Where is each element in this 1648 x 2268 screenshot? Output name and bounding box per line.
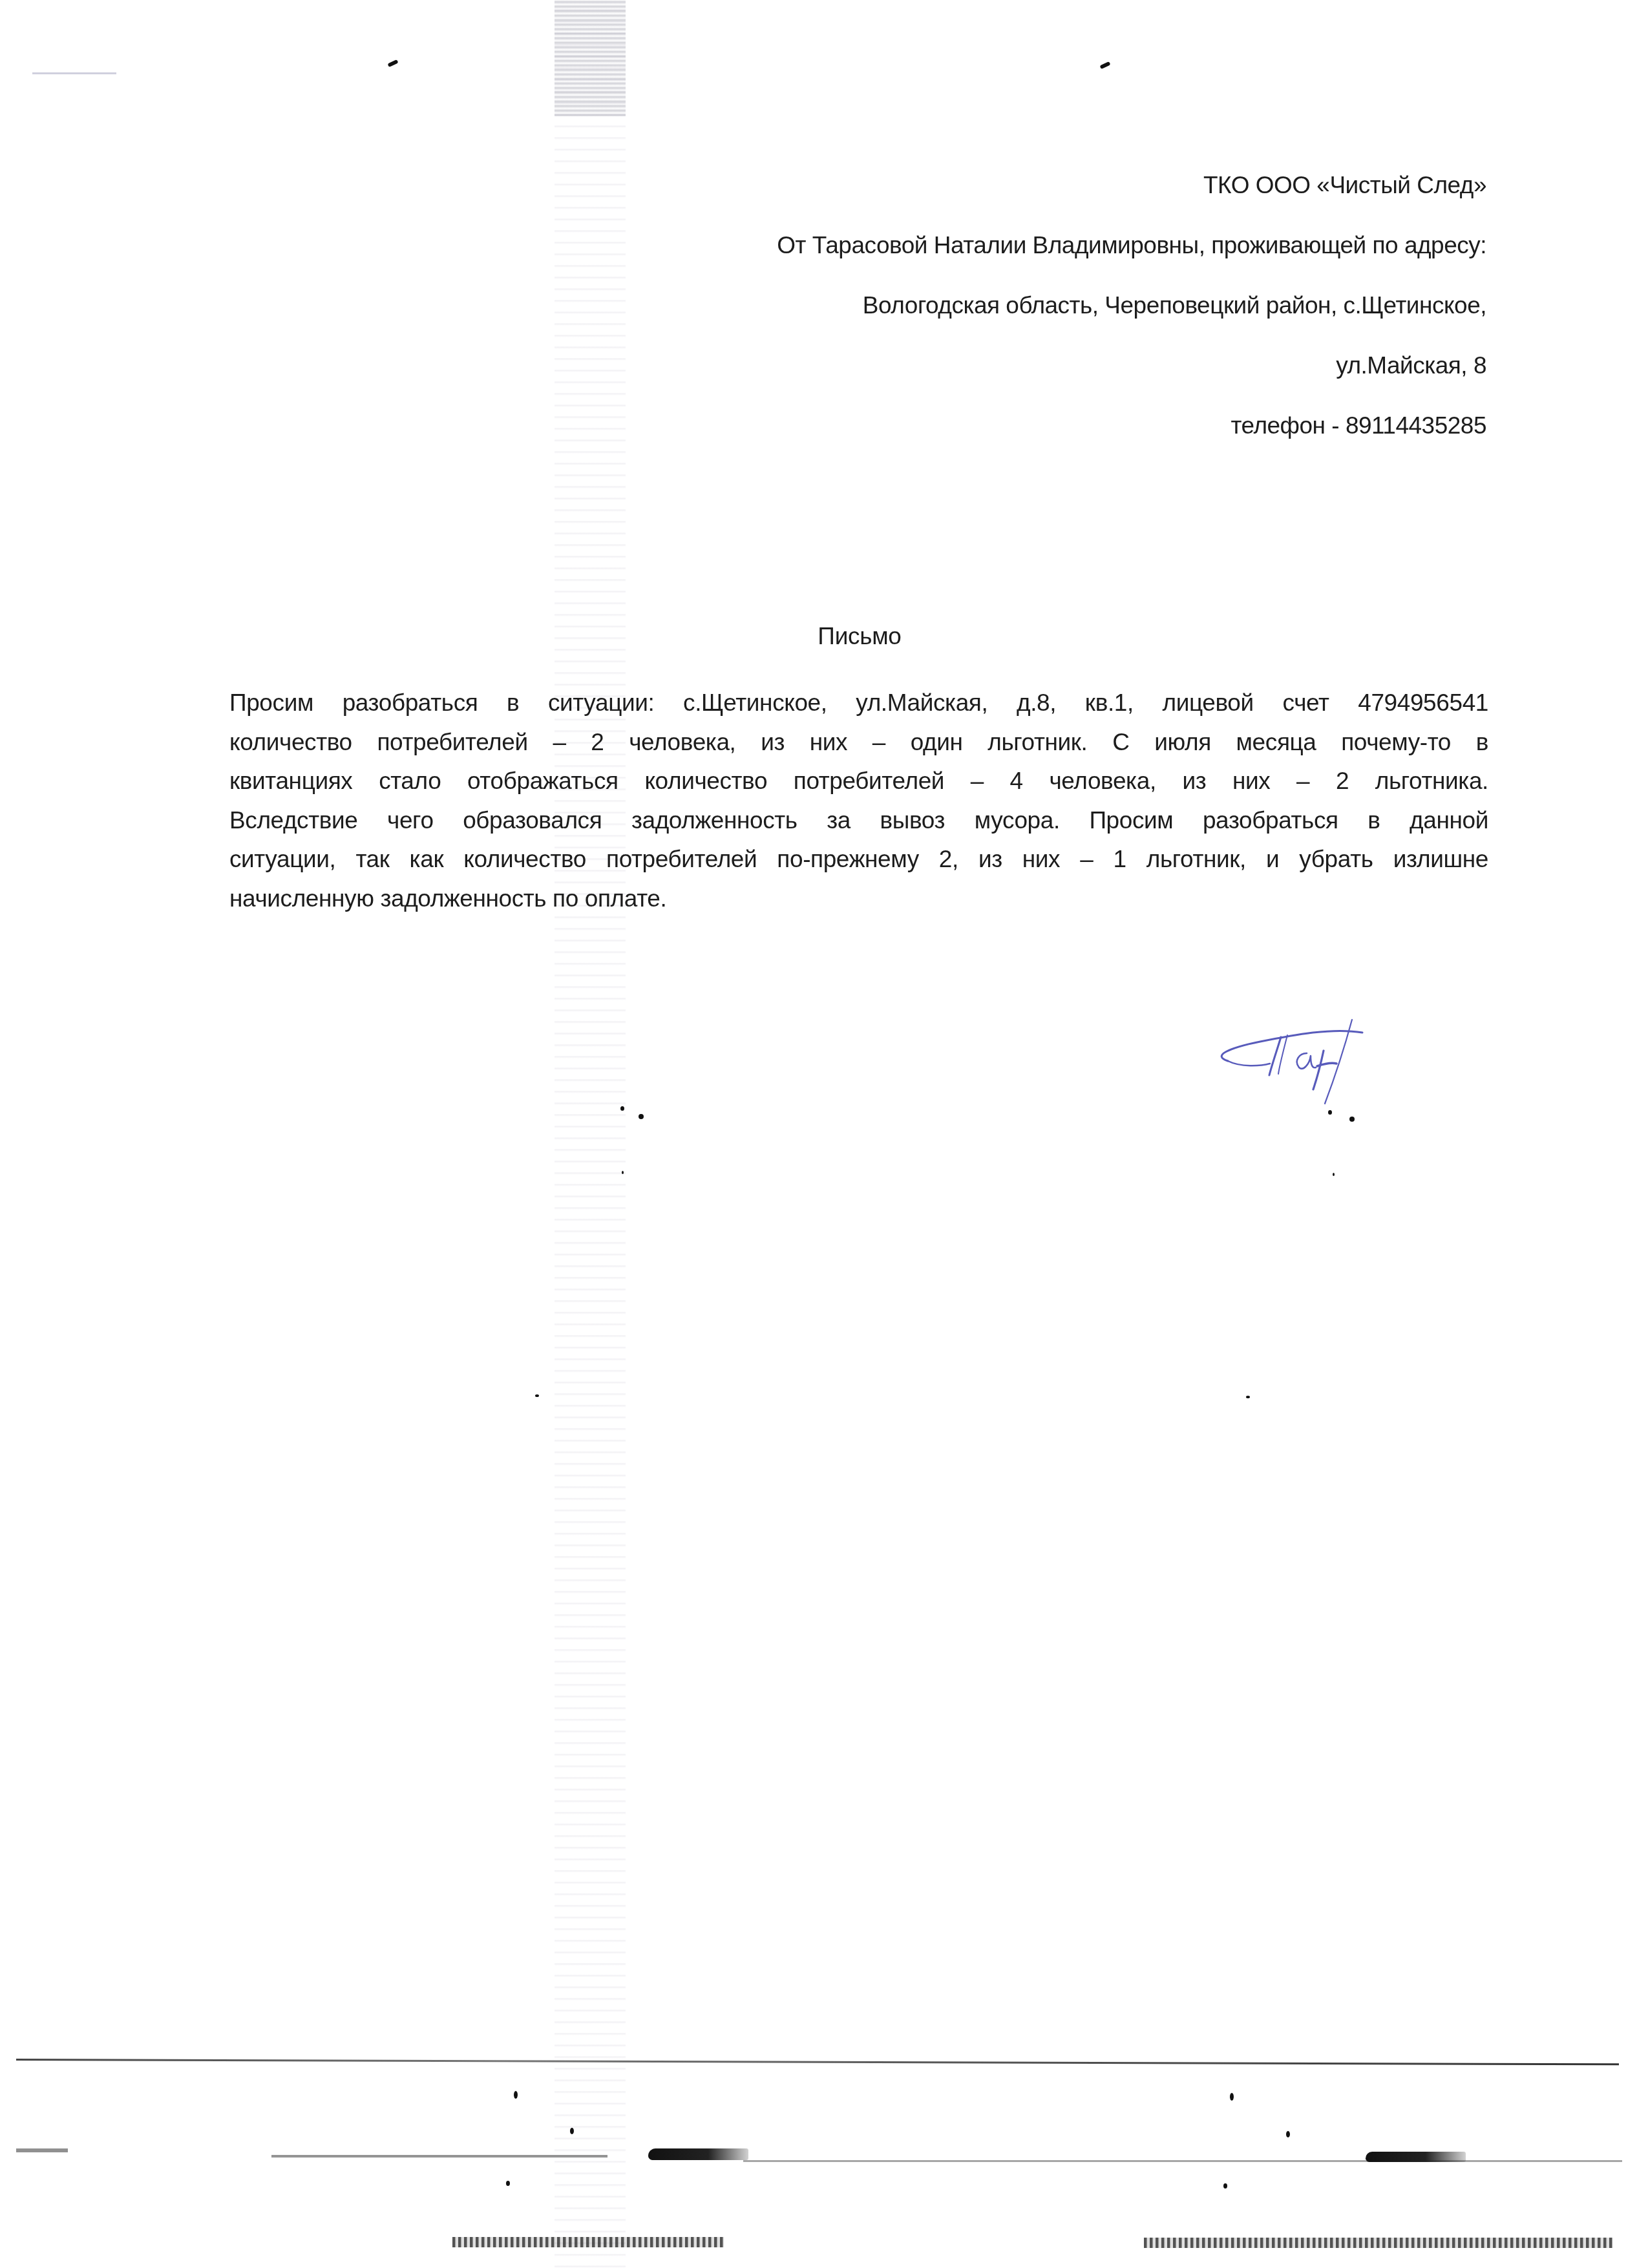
body-line: начисленную задолженность по оплате.: [229, 879, 1488, 919]
document-title: Письмо: [0, 624, 1648, 649]
punch-mark: [387, 59, 398, 67]
letter-body: Просим разобраться в ситуации: с.Щетинск…: [229, 684, 1488, 918]
scan-dot: [1328, 1110, 1332, 1115]
scan-dot: [506, 2181, 510, 2186]
scan-dot: [639, 1114, 644, 1119]
body-line: Вследствие чего образовался задолженност…: [229, 801, 1488, 841]
scan-dot: [620, 1106, 624, 1111]
phone-line: телефон - 89114435285: [777, 414, 1486, 437]
scan-blob: [648, 2148, 748, 2160]
scanned-page: ТКО ООО «Чистый След» От Тарасовой Натал…: [0, 0, 1648, 2268]
scan-smudge: [271, 2155, 607, 2158]
address-line-1: Вологодская область, Череповецкий район,…: [777, 293, 1486, 317]
scan-smudge: [743, 2160, 1622, 2162]
scan-dot: [1349, 1117, 1355, 1122]
handwritten-signature-icon: [1209, 989, 1370, 1105]
scan-dot: [1230, 2093, 1234, 2101]
body-line: квитанциях стало отображаться количество…: [229, 762, 1488, 801]
scan-artifact-strip-top: [555, 0, 626, 116]
punch-mark: [1099, 61, 1110, 69]
letter-header: ТКО ООО «Чистый След» От Тарасовой Натал…: [777, 173, 1486, 474]
body-line: количество потребителей – 2 человека, из…: [229, 723, 1488, 762]
scan-noise: [1144, 2238, 1612, 2248]
scan-dot: [622, 1171, 624, 1174]
scan-noise: [452, 2237, 724, 2247]
scan-smudge: [16, 2148, 68, 2152]
scan-dot: [1246, 1396, 1250, 1398]
scan-blob: [1366, 2152, 1466, 2162]
scan-artifact-strip: [555, 0, 626, 2268]
scan-dot: [535, 1394, 539, 1397]
scan-smudge: [32, 72, 116, 74]
sender-line: От Тарасовой Наталии Владимировны, прожи…: [777, 233, 1486, 257]
scan-dot: [1333, 1173, 1335, 1176]
scan-edge-line: [16, 2059, 1619, 2065]
recipient-line: ТКО ООО «Чистый След»: [777, 173, 1486, 197]
address-line-2: ул.Майская, 8: [777, 353, 1486, 377]
scan-dot: [570, 2128, 574, 2134]
scan-dot: [1223, 2183, 1227, 2189]
body-line: Просим разобраться в ситуации: с.Щетинск…: [229, 684, 1488, 723]
body-line: ситуации, так как количество потребителе…: [229, 840, 1488, 879]
scan-dot: [514, 2091, 518, 2099]
scan-dot: [1286, 2131, 1290, 2137]
